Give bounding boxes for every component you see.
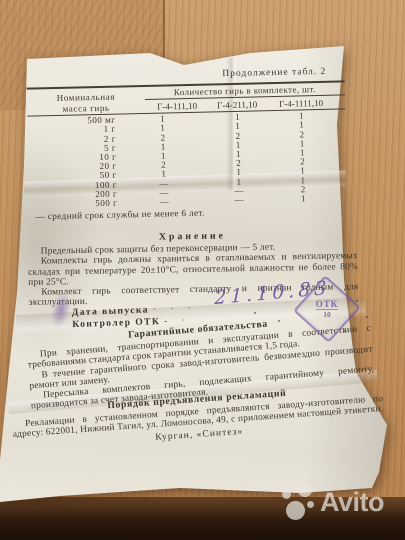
printed-dot: [344, 330, 346, 332]
photo-of-weight-set-label: Продолжение табл. 2 Номинальная масса ги…: [0, 0, 405, 540]
avito-logo-icon: [281, 482, 315, 522]
mass-cell: 500 г: [29, 199, 117, 210]
printed-dot: [254, 312, 256, 314]
avito-watermark: Avito: [281, 482, 384, 522]
printed-dot: [366, 316, 368, 318]
column-header: Г-4-1111,10: [265, 97, 337, 109]
mass-column-header: Номинальная масса гирь: [27, 88, 146, 116]
qty-cell: —: [211, 195, 267, 205]
qty-cell: 1: [267, 194, 339, 205]
qty-cell: —: [117, 196, 211, 207]
printed-dot: [278, 320, 280, 322]
table-section: Продолжение табл. 2 Номинальная масса ги…: [26, 66, 347, 222]
quantity-group-header: Количество гирь в комплекте, шт. Г-4-111…: [145, 83, 346, 113]
otk-stamp-text: ОТК: [316, 299, 339, 310]
dotted-leader: · · ·: [153, 303, 198, 316]
printed-dot: [356, 300, 358, 302]
avito-wordmark: Avito: [320, 487, 384, 518]
column-header: Г-4-111,10: [145, 100, 209, 111]
otk-stamp-number: 10: [323, 310, 331, 319]
table-body: 500 мг 1 1 1 1 г 1 1 1 2 г 2 2 2 5 г 1: [27, 111, 347, 210]
column-header: Г-4-211,10: [209, 99, 265, 110]
